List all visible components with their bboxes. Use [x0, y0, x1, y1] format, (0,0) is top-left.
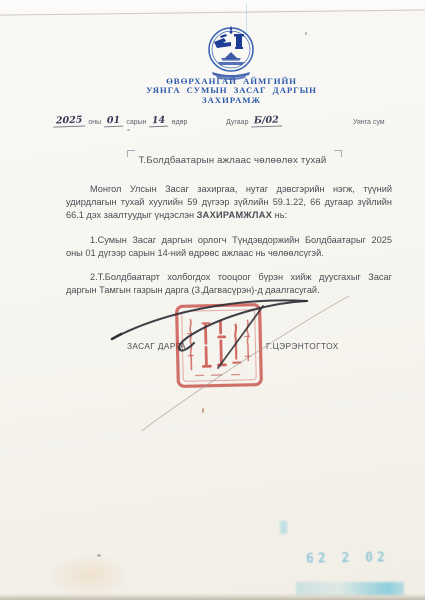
number-field: Дугаар Б/02	[225, 116, 282, 127]
day-handwritten: 14	[149, 116, 169, 128]
document-type: ЗАХИРАМЖ	[38, 96, 425, 105]
day-label: өдөр	[171, 119, 189, 126]
official-red-seal-icon	[174, 302, 264, 392]
government-emblem-icon	[200, 26, 262, 80]
preamble-tail: нь:	[272, 210, 287, 220]
decree-item-2: 2.Т.Болдбаатарт холбогдох тооцоог бүрэн …	[66, 271, 392, 297]
scan-bottom-band	[0, 594, 425, 600]
number-label: Дугаар	[225, 119, 249, 126]
number-handwritten: Б/02	[251, 115, 282, 127]
received-stamp-number: 62 2 02	[306, 550, 389, 566]
paper-stain	[48, 558, 123, 596]
date-fields: 2025 оны 01 сарын 14 өдөр	[53, 116, 188, 127]
paper-speck	[127, 129, 130, 131]
ink-speck	[202, 408, 204, 413]
month-handwritten: 01	[104, 116, 124, 128]
year-handwritten: 2025	[53, 115, 86, 127]
scan-top-band	[0, 0, 425, 10]
year-label: оны	[87, 119, 102, 126]
preamble-keyword: ЗАХИРАМЖЛАХ	[197, 210, 273, 220]
scanned-decree-document: ӨВӨРХАНГАЙ АЙМГИЙН УЯНГА СУМЫН ЗАСАГ ДАР…	[0, 0, 425, 600]
letterhead: ӨВӨРХАНГАЙ АЙМГИЙН УЯНГА СУМЫН ЗАСАГ ДАР…	[0, 77, 425, 105]
month-label: сарын	[125, 119, 147, 126]
document-title: Т.Болдбаатарын ажлаас чөлөөлөх тухай	[0, 155, 425, 166]
document-body: Монгол Улсын Засаг захиргаа, нутаг дэвсг…	[66, 183, 392, 308]
meta-line: 2025 оны 01 сарын 14 өдөр Дугаар Б/02 Уя…	[0, 116, 425, 132]
paper-speck	[97, 554, 101, 557]
paper-speck	[305, 32, 307, 35]
location-label: Уянга сум	[353, 119, 385, 126]
decree-item-1: 1.Сумын Засаг даргын орлогч Түндэвдоржий…	[66, 234, 392, 260]
cyan-stamp-mark	[280, 521, 287, 534]
preamble-paragraph: Монгол Улсын Засаг захиргаа, нутаг дэвсг…	[66, 183, 392, 223]
signer-name: Г.ЦЭРЭНТОГТОХ	[266, 341, 339, 351]
paper-top-edge	[0, 9, 425, 15]
